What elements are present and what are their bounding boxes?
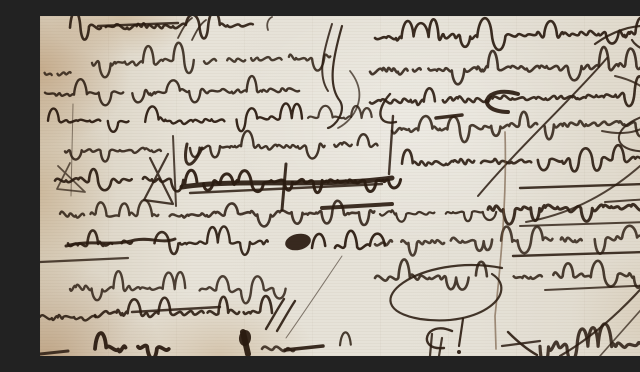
ink-stroke [70,271,286,303]
ink-stroke [478,58,607,196]
ink-stroke [459,319,463,346]
ink-stroke [380,210,496,221]
ink-stroke [513,251,640,256]
ink-stroke [392,112,640,142]
handwriting-ink-layer [40,16,640,356]
ink-stroke [312,231,385,249]
ink-stroke [375,17,640,50]
ink-stroke [605,197,640,202]
ink-stroke [520,183,640,188]
ink-stroke [71,104,73,196]
ink-stroke [48,103,302,131]
ink-stroke [267,17,272,30]
ink-stroke [338,71,359,128]
ink-stroke [95,296,272,317]
ink-stroke [45,72,71,75]
ink-stroke [488,204,640,224]
ink-stroke [430,334,432,356]
ink-stroke [340,332,362,346]
ink-stroke [436,115,462,118]
ink-stroke [70,16,253,40]
ink-stroke [180,226,290,254]
ink-stroke [375,259,640,289]
ink-stroke [375,220,640,255]
ink-stroke [308,106,383,119]
ink-stroke [190,131,378,159]
ink-stroke [545,284,640,290]
ink-stroke [65,148,161,162]
ink-stroke [92,43,341,78]
ink-stroke [439,338,442,356]
ink-stroke [178,18,192,38]
ink-stroke [520,221,640,226]
ink-stroke [285,346,323,350]
ink-stroke [132,307,220,312]
ink-stroke [95,333,169,356]
ink-blot [457,350,461,354]
ink-stroke [328,26,342,128]
ink-stroke [40,315,96,320]
ink-stroke [282,164,286,210]
manuscript-photo: Close-up photograph of a 16th-17th centu… [40,16,640,356]
ink-stroke [286,256,342,338]
ink-stroke [389,116,393,174]
ink-stroke [40,258,128,262]
ink-stroke [173,136,176,206]
ink-blot [284,231,313,252]
ink-stroke [40,351,68,354]
ink-stroke [183,201,374,227]
ink-stroke [45,76,299,105]
